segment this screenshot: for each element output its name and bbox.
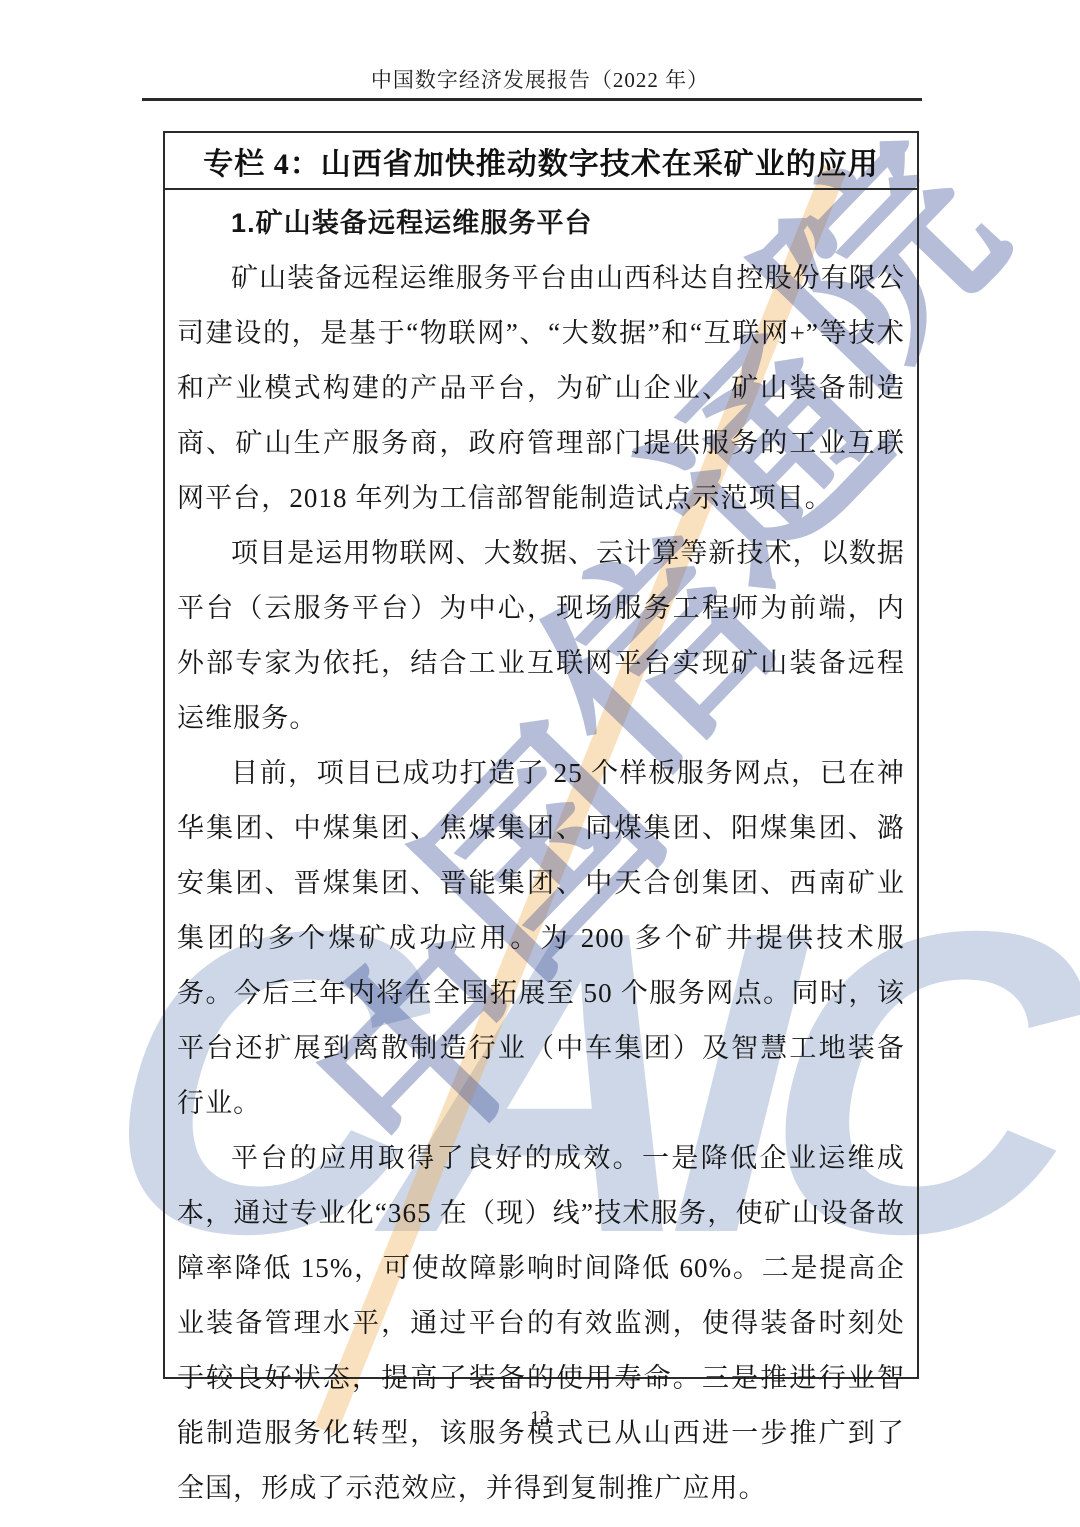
body-paragraph: 矿山装备远程运维服务平台由山西科达自控股份有限公司建设的，是基于“物联网”、“大… — [177, 251, 905, 526]
column-box-title: 专栏 4：山西省加快推动数字技术在采矿业的应用 — [165, 133, 917, 190]
body-paragraph: 平台的应用取得了良好的成效。一是降低企业运维成本，通过专业化“365 在（现）线… — [177, 1131, 905, 1516]
report-page: CAICT 中国信通院 中国数字经济发展报告（2022 年） 专栏 4：山西省加… — [0, 0, 1080, 1527]
column-box-body: 1.矿山装备远程运维服务平台 矿山装备远程运维服务平台由山西科达自控股份有限公司… — [165, 190, 917, 1516]
page-number: 13 — [530, 1407, 550, 1429]
body-paragraph: 目前，项目已成功打造了 25 个样板服务网点，已在神华集团、中煤集团、焦煤集团、… — [177, 746, 905, 1131]
page-header: 中国数字经济发展报告（2022 年） — [0, 64, 1080, 94]
header-rule — [142, 98, 922, 101]
page-footer: 13 — [0, 1407, 1080, 1430]
report-title: 中国数字经济发展报告（2022 年） — [371, 68, 709, 92]
column-box: 专栏 4：山西省加快推动数字技术在采矿业的应用 1.矿山装备远程运维服务平台 矿… — [163, 131, 919, 1379]
body-paragraph: 项目是运用物联网、大数据、云计算等新技术，以数据平台（云服务平台）为中心，现场服… — [177, 526, 905, 746]
section-subtitle: 1.矿山装备远程运维服务平台 — [177, 196, 905, 251]
